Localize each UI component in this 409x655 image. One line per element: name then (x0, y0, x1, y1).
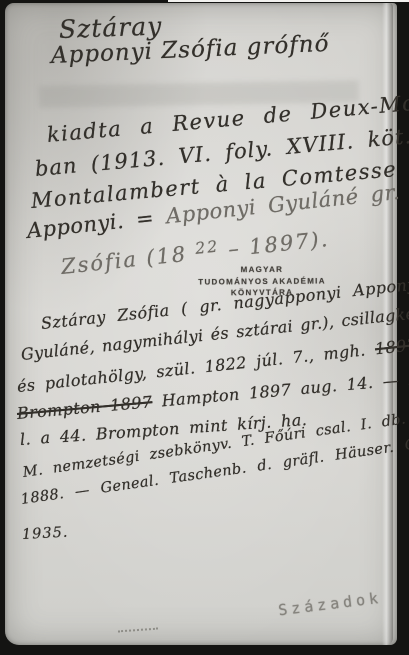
dates-superscript: 22 (194, 236, 220, 257)
dates-end: – 1897). (227, 227, 330, 261)
biography-3-struck-year: 1897 (374, 335, 409, 358)
biography-4-struck-segment: Brompton 1897 (16, 392, 153, 423)
handwritten-line-references-3: 1935. (22, 525, 69, 543)
szazadok-stamp: Századok (277, 589, 383, 620)
scanned-catalog-card: Sztáray Apponyi Zsófia grófnő kiadta a R… (0, 0, 409, 655)
pencil-dash-mark (118, 628, 158, 633)
scan-edge-highlight (168, 0, 409, 2)
dates-start: Zsófia (18 (60, 242, 188, 279)
paper: Sztáray Apponyi Zsófia grófnő kiadta a R… (5, 3, 397, 645)
